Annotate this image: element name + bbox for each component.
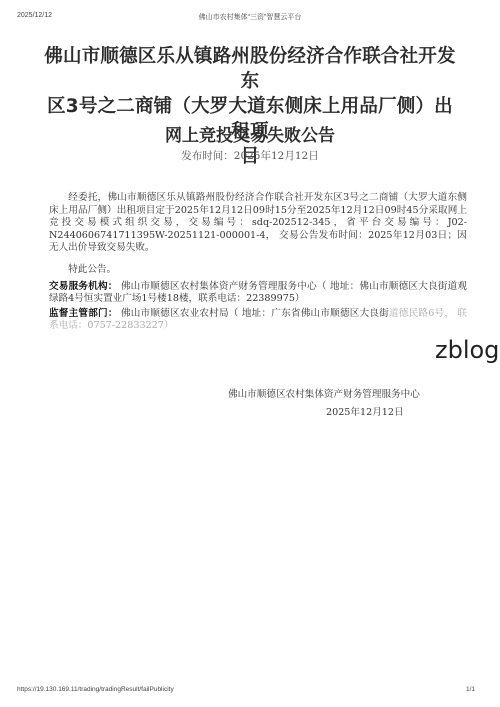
page-url: https://19.130.169.11/trading/tradingRes… <box>17 686 174 693</box>
print-header: 2025/12/12 佛山市农村集体“三资”智慧云平台 <box>0 0 500 30</box>
supervisor-value: 佛山市顺德区农业农村局（ 地址：广东省佛山市顺德区大良街 <box>118 308 389 319</box>
announcement-paragraph: 经委托，佛山市顺德区乐从镇路州股份经济合作联合社开发东区3号之二商铺（大罗大道东… <box>49 192 467 255</box>
service-org: 交易服务机构： 佛山市顺德区农村集体资产财务管理服务中心（ 地址：佛山市顺德区大… <box>49 281 467 306</box>
signature-org: 佛山市顺德区农村集体资产财务管理服务中心 <box>228 386 420 400</box>
supervisor: 监督主管部门： 佛山市顺德区农业农村局（ 地址：广东省佛山市顺德区大良街道德民路… <box>49 308 467 333</box>
publish-time: 发布时间：2025年12月12日 <box>0 148 500 163</box>
service-org-label: 交易服务机构： <box>49 281 118 292</box>
announcement-body: 经委托，佛山市顺德区乐从镇路州股份经济合作联合社开发东区3号之二商铺（大罗大道东… <box>49 192 467 333</box>
watermark: zblog <box>435 336 499 364</box>
page-number: 1/1 <box>466 686 475 693</box>
document-subtitle: 网上竞投交易失败公告 <box>0 121 500 146</box>
signature-date: 2025年12月12日 <box>326 404 404 418</box>
closing-text: 特此公告。 <box>49 264 467 277</box>
supervisor-label: 监督主管部门： <box>49 308 118 319</box>
title-line: 佛山市顺德区乐从镇路州股份经济合作联合社开发东 <box>38 44 462 94</box>
site-title: 佛山市农村集体“三资”智慧云平台 <box>0 12 500 22</box>
